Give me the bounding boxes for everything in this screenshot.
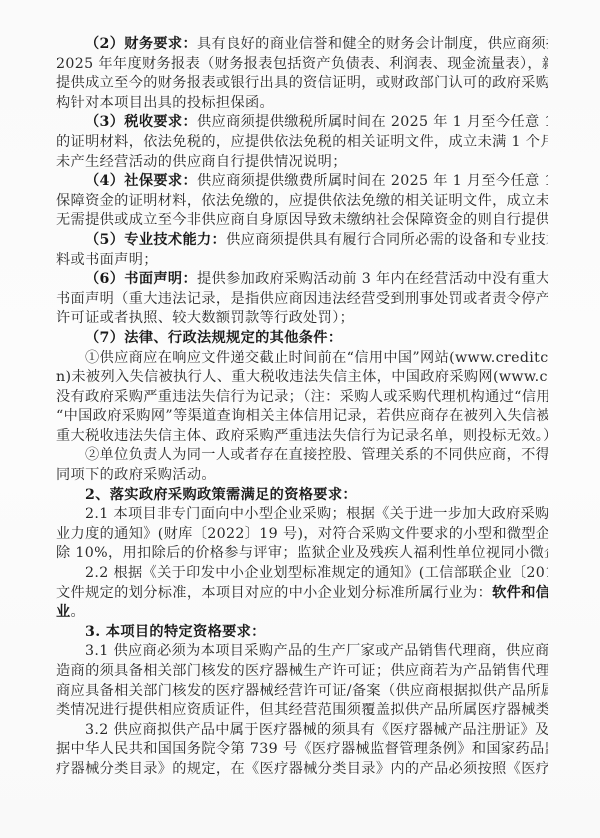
body-text: 。 — [71, 604, 86, 620]
bold-heading-text: （4）社保要求： — [85, 173, 197, 189]
bold-heading-text: 2、落实政府采购政策需满足的资格要求： — [85, 487, 357, 503]
document-line: 2.2 根据《关于印发中小企业划型标准规定的通知》(工信部联企业〔2011〕30… — [56, 564, 548, 584]
body-text: 文件规定的划分标准，本项目对应的中小企业划分标准所属行业为： — [56, 585, 492, 601]
body-text: 3.2 供应商拟供产品中属于医疗器械的须具有《医疗器械产品注册证》及相应附件（根 — [85, 722, 548, 738]
body-text: 业力度的通知》(财库〔2022〕19 号)，对符合采购文件要求的小型和微型企业给… — [56, 526, 548, 542]
bold-heading-text: （6）书面声明： — [85, 271, 197, 287]
document-line: 提供成立至今的财务报表或银行出具的资信证明，或财政部门认可的政府采购专业担保机 — [56, 74, 548, 94]
document-line: 文件规定的划分标准，本项目对应的中小企业划分标准所属行业为：软件和信息技术服务 — [56, 584, 548, 604]
body-text: ②单位负责人为同一人或者存在直接控股、管理关系的不同供应商，不得参加同一合 — [85, 447, 548, 463]
document-line: （4）社保要求：供应商须提供缴费所属时间在 2025 年 1 月至今任意 1 个… — [56, 172, 548, 192]
document-line: 除 10%，用扣除后的价格参与评审；监狱企业及残疾人福利性单位视同小微企业。 — [56, 544, 548, 564]
document-line: （5）专业技术能力：供应商须提供具有履行合同所必需的设备和专业技术能力证明材 — [56, 231, 548, 251]
document-line: 疗器械分类目录》的规定，在《医疗器械分类目录》内的产品必须按照《医疗器械监督管 — [56, 760, 548, 780]
body-text: 具有良好的商业信誉和健全的财务会计制度，供应商须提供 2024 或 — [197, 36, 548, 52]
document-line: 未产生经营活动的供应商自行提供情况说明； — [56, 153, 548, 173]
document-line: （6）书面声明：提供参加政府采购活动前 3 年内在经营活动中没有重大违法记录的 — [56, 270, 548, 290]
body-text: 没有政府采购严重违法失信行为记录；（注：采购人或采购代理机构通过“信用中国”网、 — [56, 389, 548, 405]
document-line: 据中华人民共和国国务院令第 739 号《医疗器械监督管理条例》和国家药品监督管理… — [56, 740, 548, 760]
body-text: 商应具备相关部门核发的医疗器械经营许可证/备案（供应商根据拟供产品所属医疗器械分 — [56, 683, 548, 699]
bold-emphasis-text: 软件和信息技术服务 — [492, 585, 548, 601]
document-line: 类情况进行提供相应资质证件，但其经营范围须覆盖拟供产品所属医疗器械类别）。 — [56, 701, 548, 721]
body-text: 2025 年年度财务报表（财务报表包括资产负债表、利润表、现金流量表），新成立的… — [56, 56, 548, 72]
document-line: 造商的须具备相关部门核发的医疗器械生产许可证；供应商若为产品销售代理商的，供应 — [56, 662, 548, 682]
document-line: 商应具备相关部门核发的医疗器械经营许可证/备案（供应商根据拟供产品所属医疗器械分 — [56, 682, 548, 702]
document-line: 3.2 供应商拟供产品中属于医疗器械的须具有《医疗器械产品注册证》及相应附件（根 — [56, 721, 548, 741]
document-page: （2）财务要求：具有良好的商业信誉和健全的财务会计制度，供应商须提供 2024 … — [0, 0, 600, 838]
bold-heading-text: （7）法律、行政法规规定的其他条件： — [85, 330, 342, 346]
body-text: 2.1 本项目非专门面向中小型企业采购；根据《关于进一步加大政府采购支持中小企 — [85, 506, 548, 522]
document-line: 许可证或者执照、较大数额罚款等行政处罚）； — [56, 309, 548, 329]
bold-heading-text: （3）税收要求： — [85, 114, 197, 130]
document-line: （2）财务要求：具有良好的商业信誉和健全的财务会计制度，供应商须提供 2024 … — [56, 35, 548, 55]
document-line: 2025 年年度财务报表（财务报表包括资产负债表、利润表、现金流量表），新成立的… — [56, 55, 548, 75]
document-line: （3）税收要求：供应商须提供缴税所属时间在 2025 年 1 月至今任意 1 个… — [56, 113, 548, 133]
body-text: 许可证或者执照、较大数额罚款等行政处罚）； — [56, 310, 354, 326]
bold-heading-text: （2）财务要求： — [85, 36, 197, 52]
body-text: 书面声明（重大违法记录，是指供应商因违法经营受到刑事处罚或者责令停产停业、吊销 — [56, 291, 548, 307]
bold-heading-text: 3. 本项目的特定资格要求： — [85, 624, 266, 640]
body-text: 造商的须具备相关部门核发的医疗器械生产许可证；供应商若为产品销售代理商的，供应 — [56, 663, 548, 679]
document-body: （2）财务要求：具有良好的商业信誉和健全的财务会计制度，供应商须提供 2024 … — [56, 35, 548, 780]
document-line: 没有政府采购严重违法失信行为记录；（注：采购人或采购代理机构通过“信用中国”网、 — [56, 388, 548, 408]
document-line: 同项下的政府采购活动。 — [56, 466, 548, 486]
body-text: ①供应商应在响应文件递交截止时间前在“信用中国”网站(www.creditchi… — [85, 350, 548, 366]
body-text: 供应商须提供缴费所属时间在 2025 年 1 月至今任意 1 个月缴纳社会 — [197, 173, 548, 189]
body-text: 3.1 供应商必须为本项目采购产品的生产厂家或产品销售代理商，供应商若为产品制 — [85, 643, 548, 659]
body-text: 提供参加政府采购活动前 3 年内在经营活动中没有重大违法记录的 — [197, 271, 548, 287]
document-line: 料或书面声明； — [56, 251, 548, 271]
document-line: 2.1 本项目非专门面向中小型企业采购；根据《关于进一步加大政府采购支持中小企 — [56, 505, 548, 525]
bold-heading-text: （5）专业技术能力： — [85, 232, 226, 248]
body-text: 重大税收违法失信主体、政府采购严重违法失信行为记录名单，则投标无效。） — [56, 428, 548, 444]
body-text: 提供成立至今的财务报表或银行出具的资信证明，或财政部门认可的政府采购专业担保机 — [56, 75, 548, 91]
document-line: 业力度的通知》(财库〔2022〕19 号)，对符合采购文件要求的小型和微型企业给… — [56, 525, 548, 545]
body-text: “中国政府采购网”等渠道查询相关主体信用记录，若供应商存在被列入失信被执行人、 — [56, 408, 548, 424]
document-line: ②单位负责人为同一人或者存在直接控股、管理关系的不同供应商，不得参加同一合 — [56, 446, 548, 466]
document-line: 业。 — [56, 603, 548, 623]
body-text: 2.2 根据《关于印发中小企业划型标准规定的通知》(工信部联企业〔2011〕30… — [85, 565, 548, 581]
document-line: 重大税收违法失信主体、政府采购严重违法失信行为记录名单，则投标无效。） — [56, 427, 548, 447]
body-text: 同项下的政府采购活动。 — [56, 467, 216, 483]
document-line: n)未被列入失信被执行人、重大税收违法失信主体，中国政府采购网(www.ccgp… — [56, 368, 548, 388]
document-line: 构针对本项目出具的投标担保函。 — [56, 94, 548, 114]
body-text: 疗器械分类目录》的规定，在《医疗器械分类目录》内的产品必须按照《医疗器械监督管 — [56, 761, 548, 777]
body-text: 供应商须提供具有履行合同所必需的设备和专业技术能力证明材 — [226, 232, 548, 248]
document-line: 2、落实政府采购政策需满足的资格要求： — [56, 486, 548, 506]
document-line: ①供应商应在响应文件递交截止时间前在“信用中国”网站(www.creditchi… — [56, 349, 548, 369]
document-line: 无需提供或成立至今非供应商自身原因导致未缴纳社会保障资金的则自行提供情况说明； — [56, 211, 548, 231]
body-text: 类情况进行提供相应资质证件，但其经营范围须覆盖拟供产品所属医疗器械类别）。 — [56, 702, 548, 718]
document-line: 书面声明（重大违法记录，是指供应商因违法经营受到刑事处罚或者责令停产停业、吊销 — [56, 290, 548, 310]
body-text: n)未被列入失信被执行人、重大税收违法失信主体，中国政府采购网(www.ccgp… — [56, 369, 548, 385]
body-text: 保障资金的证明材料，依法免缴的，应提供依法免缴的相关证明文件，成立未满 1 个月… — [56, 193, 548, 209]
bold-heading-text: 业 — [56, 604, 71, 620]
body-text: 未产生经营活动的供应商自行提供情况说明； — [56, 154, 347, 170]
body-text: 据中华人民共和国国务院令第 739 号《医疗器械监督管理条例》和国家药品监督管理… — [56, 741, 548, 757]
body-text: 供应商须提供缴税所属时间在 2025 年 1 月至今任意 1 个月缴纳税收 — [197, 114, 548, 130]
document-line: （7）法律、行政法规规定的其他条件： — [56, 329, 548, 349]
body-text: 构针对本项目出具的投标担保函。 — [56, 95, 274, 111]
body-text: 的证明材料，依法免税的，应提供依法免税的相关证明文件，成立未满 1 个月或成立至… — [56, 134, 548, 150]
body-text: 无需提供或成立至今非供应商自身原因导致未缴纳社会保障资金的则自行提供情况说明； — [56, 212, 548, 228]
document-line: 的证明材料，依法免税的，应提供依法免税的相关证明文件，成立未满 1 个月或成立至… — [56, 133, 548, 153]
document-line: “中国政府采购网”等渠道查询相关主体信用记录，若供应商存在被列入失信被执行人、 — [56, 407, 548, 427]
body-text: 除 10%，用扣除后的价格参与评审；监狱企业及残疾人福利性单位视同小微企业。 — [56, 545, 548, 561]
document-line: 保障资金的证明材料，依法免缴的，应提供依法免缴的相关证明文件，成立未满 1 个月… — [56, 192, 548, 212]
document-line: 3.1 供应商必须为本项目采购产品的生产厂家或产品销售代理商，供应商若为产品制 — [56, 642, 548, 662]
document-line: 3. 本项目的特定资格要求： — [56, 623, 548, 643]
body-text: 料或书面声明； — [56, 252, 158, 268]
